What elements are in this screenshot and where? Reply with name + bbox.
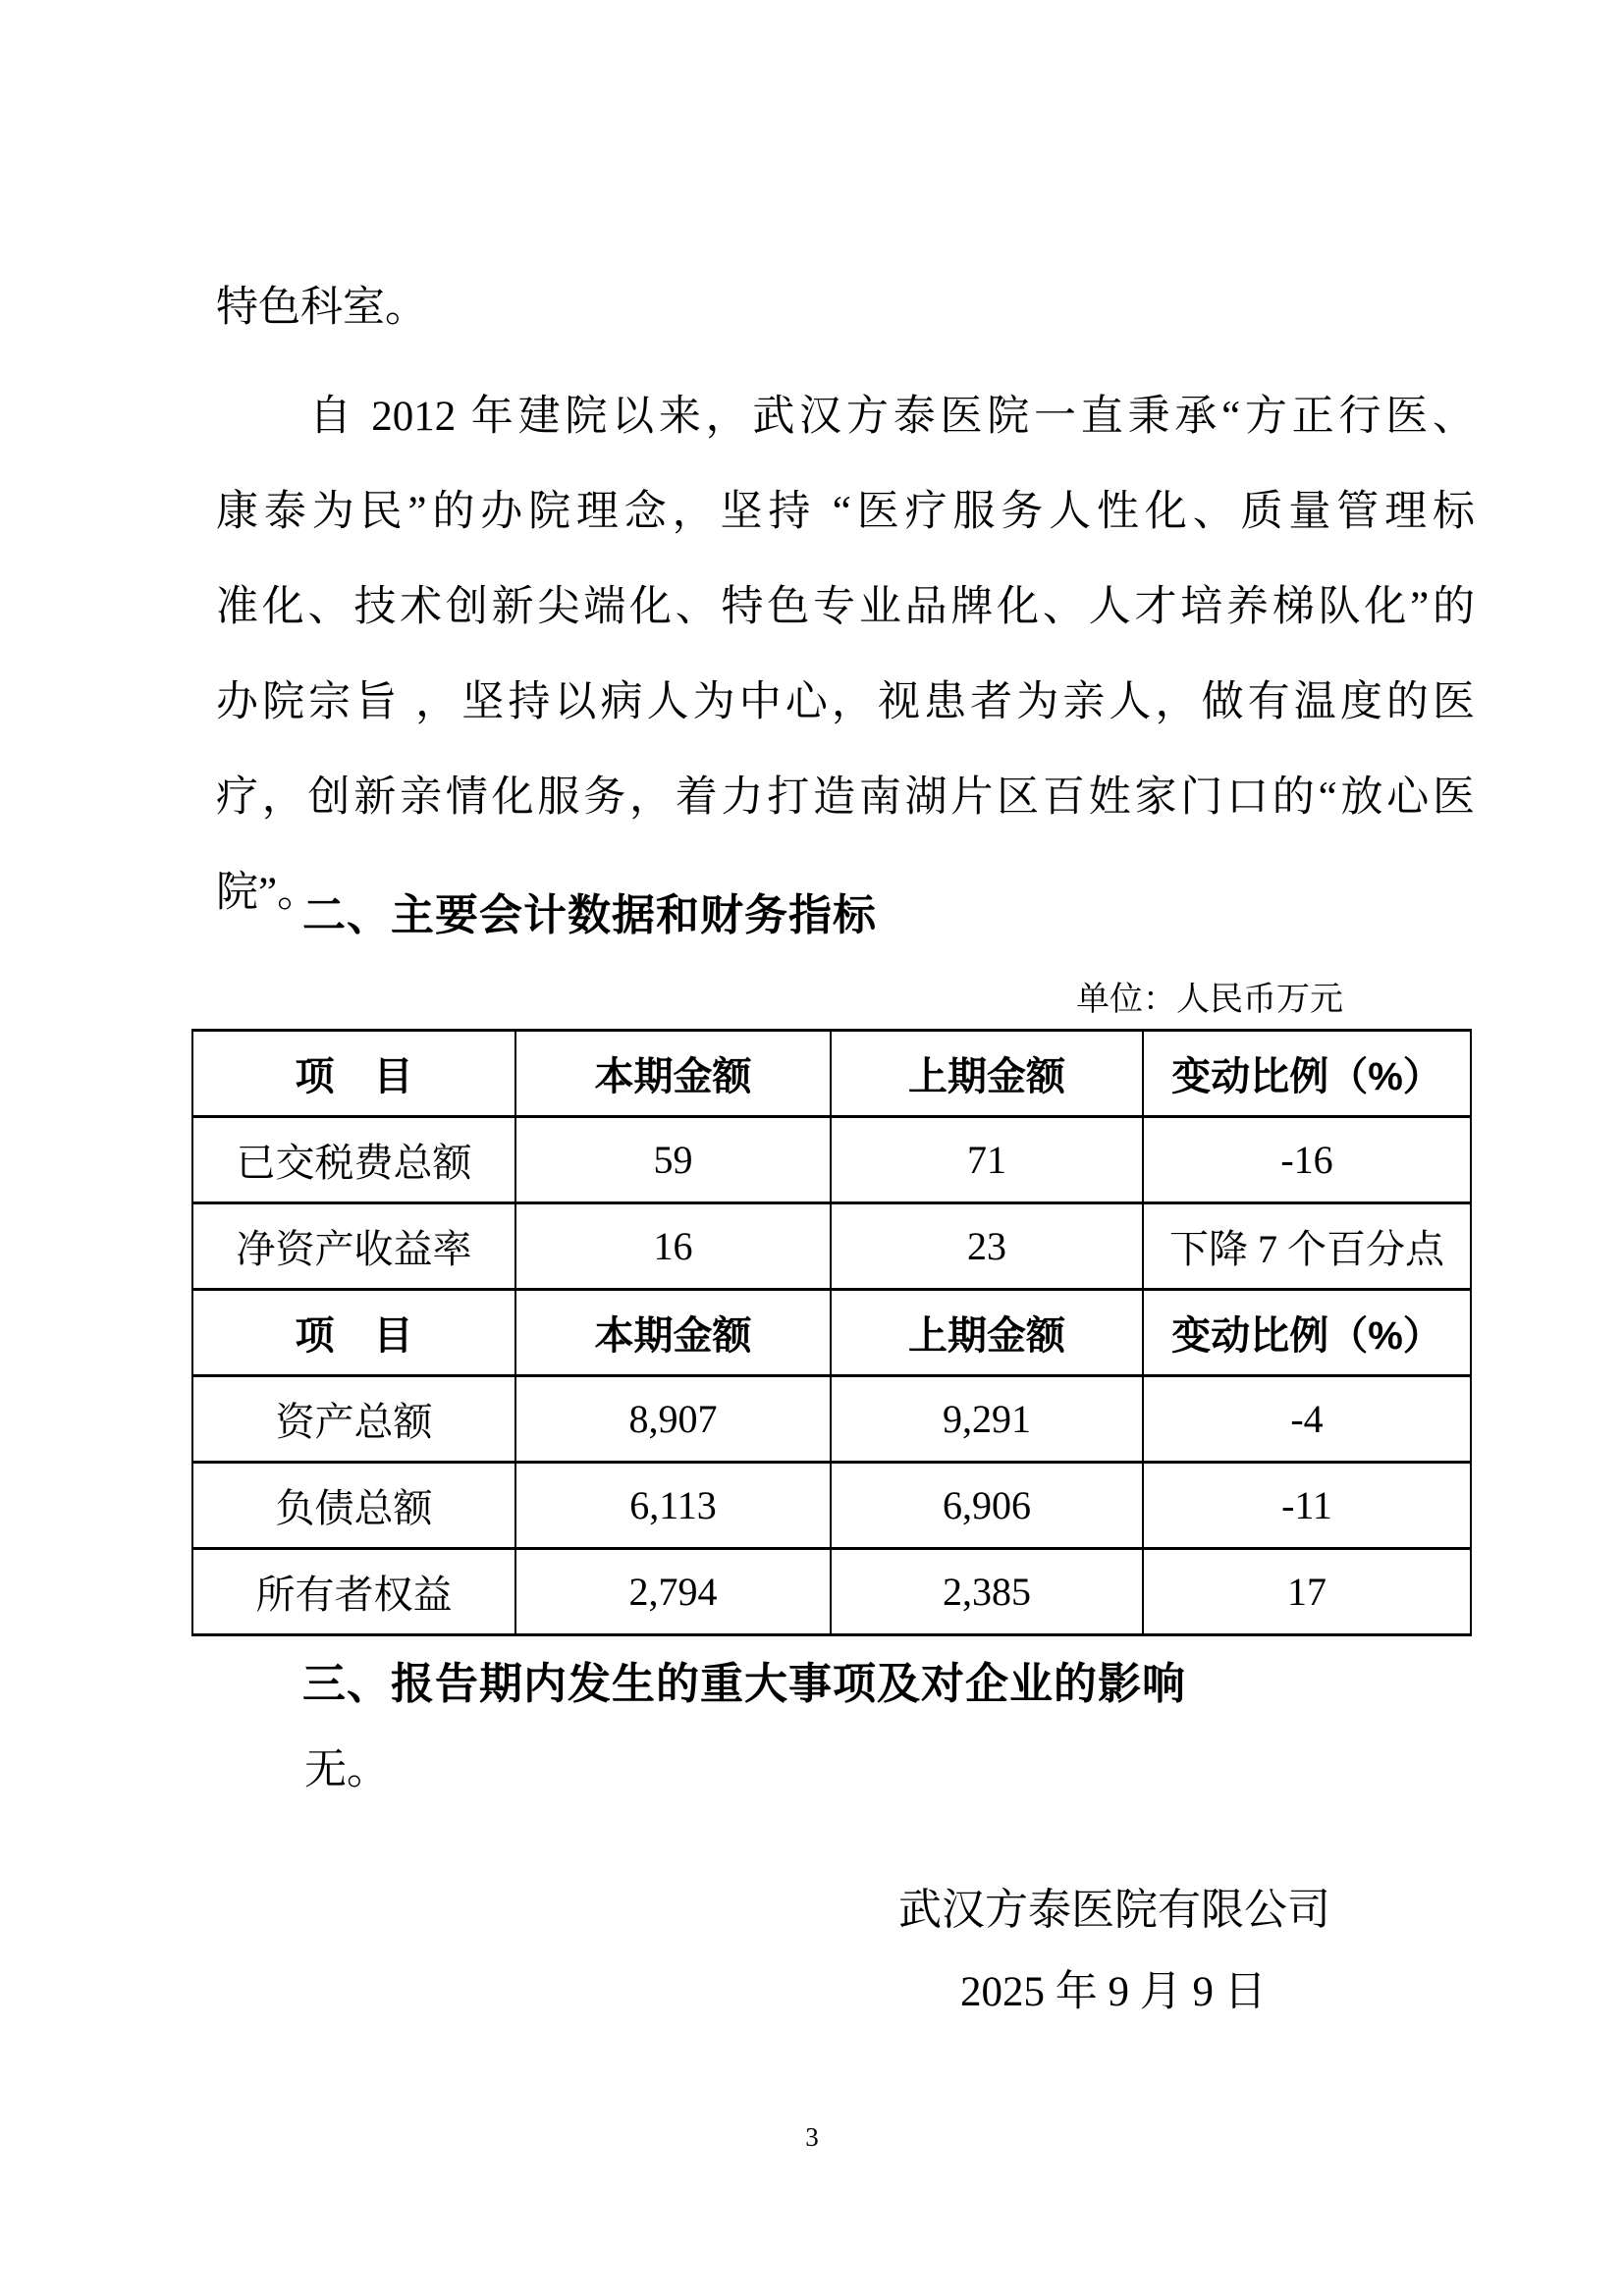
cell-change: 17 xyxy=(1143,1549,1471,1635)
cell-item: 所有者权益 xyxy=(192,1549,515,1635)
paragraph-line: 办院宗旨 ，坚持以病人为中心，视患者为亲人，做有温度的医 xyxy=(216,655,1475,750)
cell-value: 71 xyxy=(831,1117,1143,1203)
table-row: 负债总额 6,113 6,906 -11 xyxy=(192,1463,1471,1549)
table-row: 净资产收益率 16 23 下降 7 个百分点 xyxy=(192,1203,1471,1290)
cell-change: -11 xyxy=(1143,1463,1471,1549)
header-cell-item: 项 目 xyxy=(192,1290,515,1376)
table-header-row: 项 目 本期金额 上期金额 变动比例（%） xyxy=(192,1031,1471,1117)
paragraph-line: 康泰为民”的办院理念，坚持 “医疗服务人性化、质量管理标 xyxy=(216,464,1475,560)
paragraph-line: 自 2012 年建院以来，武汉方泰医院一直秉承“方正行医、 xyxy=(216,369,1475,464)
header-cell-current: 本期金额 xyxy=(515,1290,831,1376)
cell-value: 59 xyxy=(515,1117,831,1203)
cell-item: 资产总额 xyxy=(192,1376,515,1463)
section3-heading: 三、报告期内发生的重大事项及对企业的影响 xyxy=(302,1657,1186,1712)
table-row: 资产总额 8,907 9,291 -4 xyxy=(192,1376,1471,1463)
cell-value: 9,291 xyxy=(831,1376,1143,1463)
header-cell-change: 变动比例（%） xyxy=(1143,1290,1471,1376)
cell-item: 净资产收益率 xyxy=(192,1203,515,1290)
intro-closing-line: 特色科室。 xyxy=(216,283,427,334)
cell-value: 6,113 xyxy=(515,1463,831,1549)
unit-note: 单位：人民币万元 xyxy=(1076,980,1343,1021)
cell-value: 2,794 xyxy=(515,1549,831,1635)
cell-change: -16 xyxy=(1143,1117,1471,1203)
header-cell-item: 项 目 xyxy=(192,1031,515,1117)
cell-value: 16 xyxy=(515,1203,831,1290)
signature-company: 武汉方泰医院有限公司 xyxy=(898,1883,1330,1938)
header-cell-current: 本期金额 xyxy=(515,1031,831,1117)
signature-date: 2025 年 9 月 9 日 xyxy=(960,1965,1267,2020)
cell-change: 下降 7 个百分点 xyxy=(1143,1203,1471,1290)
table-row: 所有者权益 2,794 2,385 17 xyxy=(192,1549,1471,1635)
header-cell-prior: 上期金额 xyxy=(831,1290,1143,1376)
paragraph-line: 疗，创新亲情化服务，着力打造南湖片区百姓家门口的“放心医 xyxy=(216,750,1475,845)
section3-body: 无。 xyxy=(304,1745,389,1796)
financial-indicators-table: 项 目 本期金额 上期金额 变动比例（%） 已交税费总额 59 71 -16 净… xyxy=(191,1029,1472,1636)
page-number: 3 xyxy=(0,2120,1624,2154)
cell-item: 负债总额 xyxy=(192,1463,515,1549)
table-row: 已交税费总额 59 71 -16 xyxy=(192,1117,1471,1203)
cell-value: 2,385 xyxy=(831,1549,1143,1635)
section2-heading: 二、主要会计数据和财务指标 xyxy=(302,888,877,943)
cell-change: -4 xyxy=(1143,1376,1471,1463)
paragraph-line: 准化、技术创新尖端化、特色专业品牌化、人才培养梯队化”的 xyxy=(216,560,1475,655)
intro-paragraph: 自 2012 年建院以来，武汉方泰医院一直秉承“方正行医、 康泰为民”的办院理念… xyxy=(216,369,1475,940)
cell-value: 8,907 xyxy=(515,1376,831,1463)
header-cell-prior: 上期金额 xyxy=(831,1031,1143,1117)
cell-item: 已交税费总额 xyxy=(192,1117,515,1203)
cell-value: 6,906 xyxy=(831,1463,1143,1549)
header-cell-change: 变动比例（%） xyxy=(1143,1031,1471,1117)
cell-value: 23 xyxy=(831,1203,1143,1290)
document-page: 特色科室。 自 2012 年建院以来，武汉方泰医院一直秉承“方正行医、 康泰为民… xyxy=(0,0,1624,2296)
table-header-row: 项 目 本期金额 上期金额 变动比例（%） xyxy=(192,1290,1471,1376)
